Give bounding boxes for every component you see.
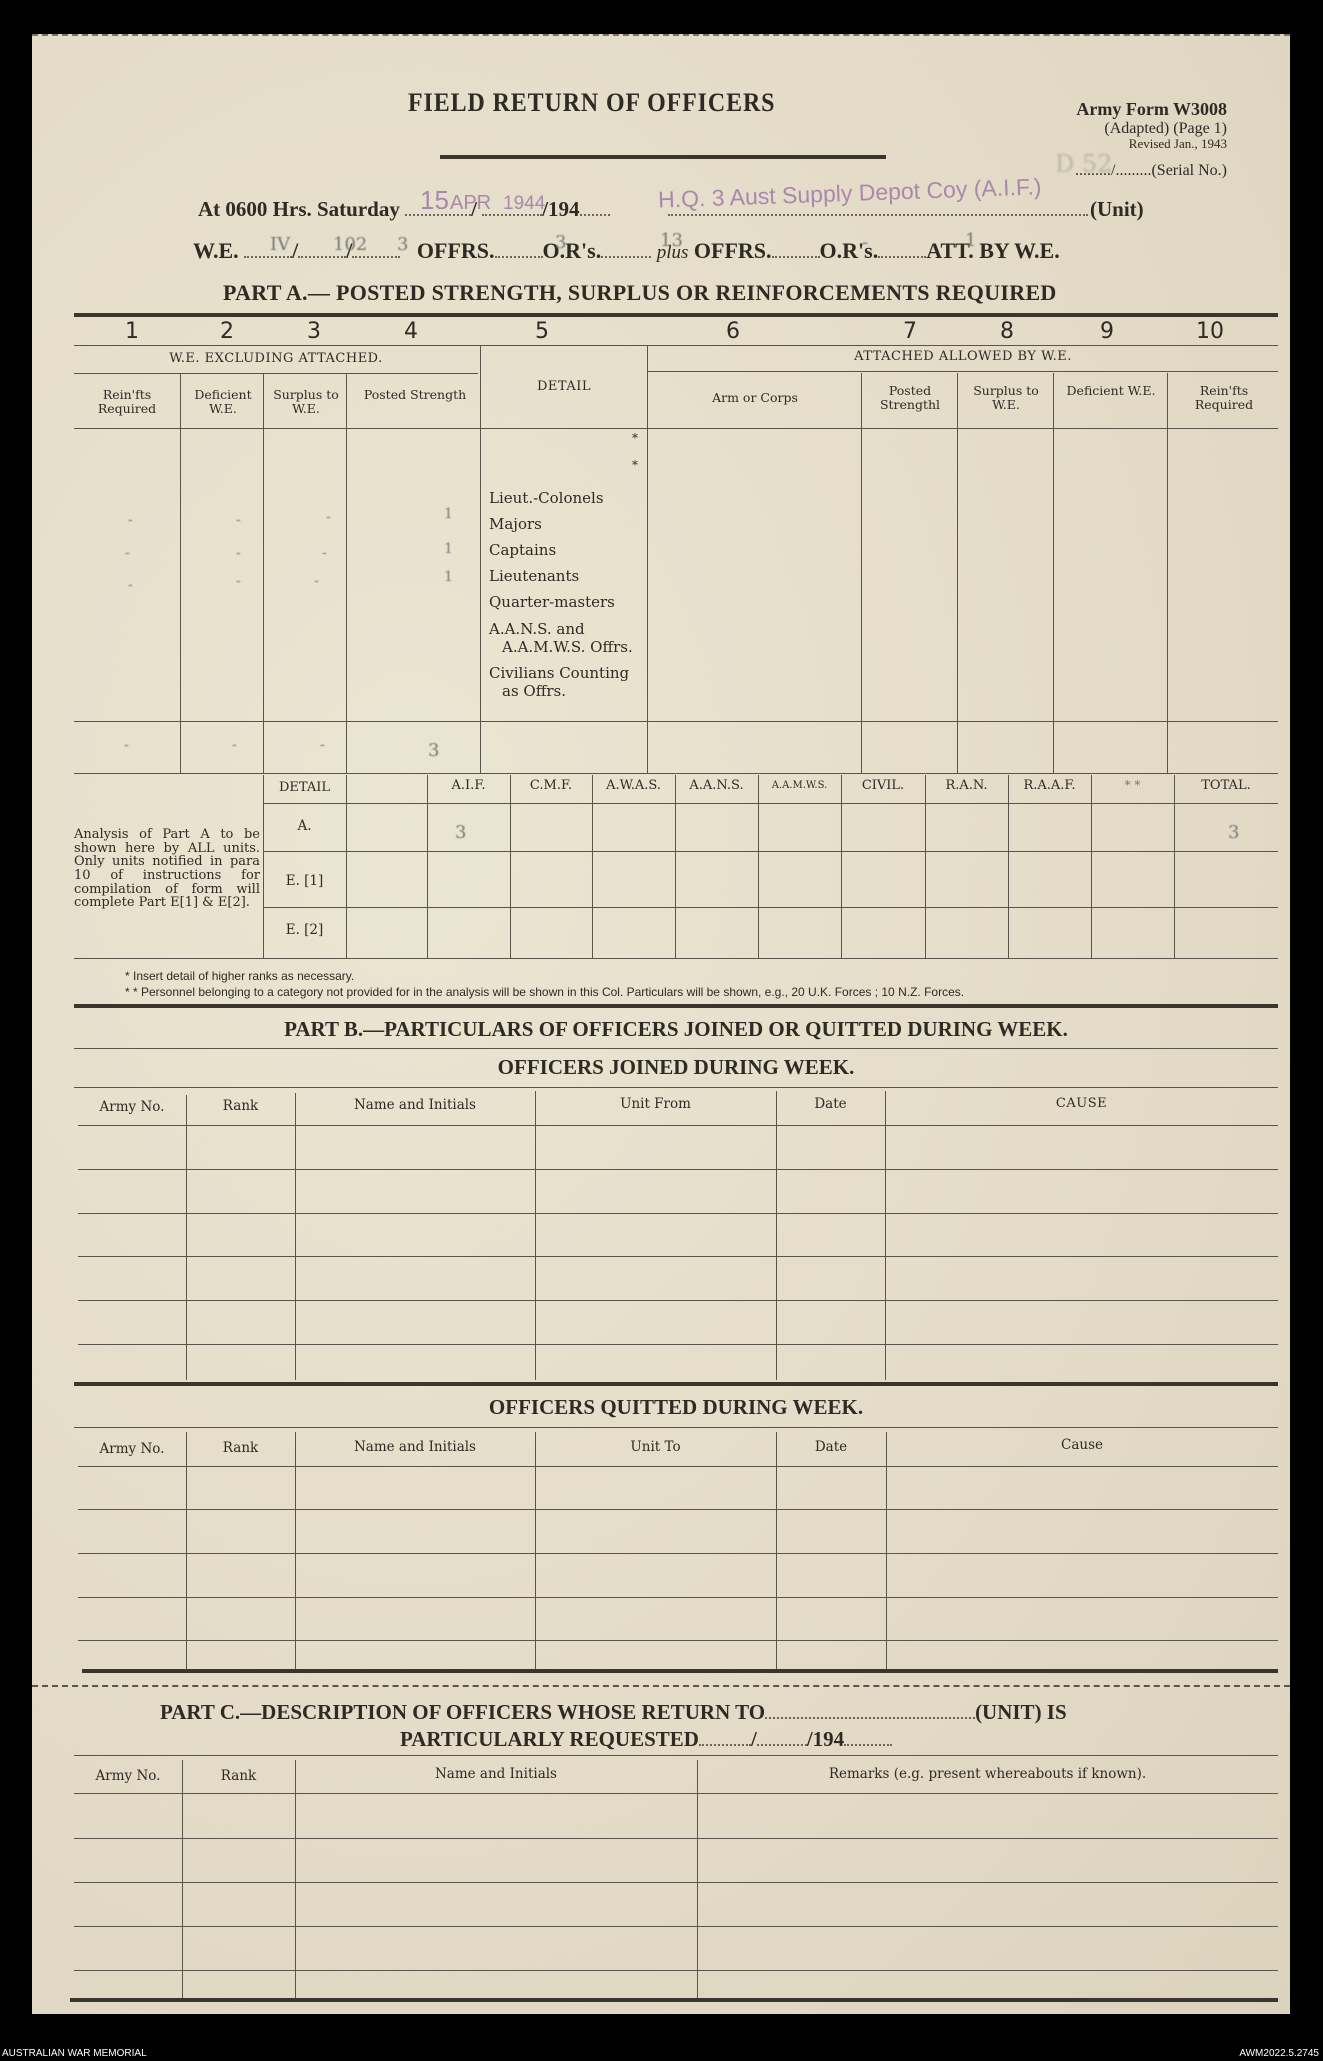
return-date-line: At 0600 Hrs. Saturday / /194 bbox=[198, 197, 610, 222]
detail-lieutenants: Lieutenants bbox=[489, 568, 579, 585]
detail-aans: A.A.N.S. and bbox=[489, 621, 585, 638]
archive-reference: AWM2022.5.2745 bbox=[1239, 2048, 1319, 2059]
part-c-unit-field[interactable] bbox=[765, 1715, 975, 1719]
detail-aamws: A.A.M.W.S. Offrs. bbox=[502, 639, 633, 656]
analysis-note: Analysis of Part A to be shown here by A… bbox=[74, 828, 260, 910]
footnote-2: * * Personnel belonging to a category no… bbox=[125, 985, 964, 999]
part-c-row[interactable] bbox=[74, 1970, 1278, 1971]
date-stamp-day: 15 bbox=[420, 185, 449, 216]
tear-line bbox=[32, 1685, 1290, 1687]
footnote-1: * Insert detail of higher ranks as neces… bbox=[125, 969, 354, 983]
header-deficient: Deficient W.E. bbox=[184, 388, 262, 416]
archive-credit: AUSTRALIAN WAR MEMORIAL bbox=[2, 2048, 147, 2059]
detail-quarter-masters: Quarter-masters bbox=[489, 594, 615, 611]
detail-civilians: Civilians Counting bbox=[489, 665, 629, 682]
part-a-rule bbox=[74, 313, 1278, 317]
detail-lieut-colonels: Lieut.-Colonels bbox=[489, 490, 604, 507]
group-we-excluding: W.E. EXCLUDING ATTACHED. bbox=[74, 352, 478, 366]
joined-title: OFFICERS JOINED DURING WEEK. bbox=[74, 1055, 1278, 1080]
header-reinfts-att: Rein'fts Required bbox=[1170, 384, 1278, 412]
form-adapted: (Adapted) (Page 1) bbox=[1075, 120, 1227, 138]
quitted-row[interactable] bbox=[78, 1509, 1278, 1510]
ors-field[interactable] bbox=[601, 254, 651, 258]
joined-row[interactable] bbox=[78, 1169, 1278, 1170]
joined-row[interactable] bbox=[78, 1344, 1278, 1345]
part-c-month-field[interactable] bbox=[757, 1742, 807, 1746]
header-reinfts-required: Rein'fts Required bbox=[74, 388, 180, 416]
offrs-field[interactable] bbox=[495, 254, 543, 258]
form-title: FIELD RETURN OF OFFICERS bbox=[408, 88, 775, 118]
we-line: W.E. // OFFRS.O.R's. plus OFFRS.O.R's.AT… bbox=[193, 238, 1060, 264]
serial-handwritten: D 52 bbox=[1055, 150, 1112, 178]
title-underline bbox=[440, 155, 886, 159]
analysis-header-other: * * bbox=[1091, 778, 1174, 792]
analysis-row-e1: E. [1] bbox=[263, 873, 346, 889]
analysis-row-a: A. bbox=[263, 818, 346, 834]
detail-as-offrs: as Offrs. bbox=[502, 683, 566, 700]
analysis-header-awas: A.W.A.S. bbox=[592, 778, 675, 793]
part-a-title: PART A.— POSTED STRENGTH, SURPLUS OR REI… bbox=[223, 280, 1057, 306]
analysis-header-aans: A.A.N.S. bbox=[675, 778, 758, 793]
detail-majors: Majors bbox=[489, 516, 542, 533]
part-c-row[interactable] bbox=[74, 1838, 1278, 1839]
analysis-header-raaf: R.A.A.F. bbox=[1008, 778, 1091, 793]
header-detail: DETAIL bbox=[482, 380, 646, 394]
joined-row[interactable] bbox=[78, 1256, 1278, 1257]
form-number: Army Form W3008 bbox=[1075, 100, 1227, 120]
quitted-row[interactable] bbox=[78, 1597, 1278, 1598]
detail-captains: Captains bbox=[489, 542, 556, 559]
part-c-day-field[interactable] bbox=[699, 1742, 751, 1746]
quitted-row[interactable] bbox=[78, 1553, 1278, 1554]
unit-label: (Unit) bbox=[1090, 197, 1144, 222]
date-stamp-year: 1944 bbox=[503, 193, 545, 215]
analysis-header-total: TOTAL. bbox=[1174, 778, 1278, 793]
part-c-row[interactable] bbox=[74, 1926, 1278, 1927]
date-stamp-month: APR bbox=[450, 192, 491, 215]
part-c-title: PART C.—DESCRIPTION OF OFFICERS WHOSE RE… bbox=[160, 1700, 1067, 1725]
analysis-header-ran: R.A.N. bbox=[925, 778, 1008, 793]
header-arm-or-corps: Arm or Corps bbox=[650, 391, 860, 405]
at-label: At 0600 Hrs. Saturday bbox=[198, 197, 400, 221]
part-b-title: PART B.—PARTICULARS OF OFFICERS JOINED O… bbox=[74, 1017, 1278, 1042]
att-offrs-field[interactable] bbox=[772, 254, 820, 258]
header-deficient-att: Deficient W.E. bbox=[1056, 384, 1166, 398]
joined-row[interactable] bbox=[78, 1300, 1278, 1301]
part-c-title-2: PARTICULARLY REQUESTED//194 bbox=[400, 1727, 892, 1752]
quitted-row[interactable] bbox=[78, 1640, 1278, 1641]
header-surplus: Surplus to W.E. bbox=[266, 388, 346, 416]
part-c-row[interactable] bbox=[74, 1882, 1278, 1883]
att-ors-field[interactable] bbox=[878, 254, 926, 258]
analysis-header-cmf: C.M.F. bbox=[510, 778, 592, 793]
analysis-row-e2: E. [2] bbox=[263, 922, 346, 938]
group-attached: ATTACHED ALLOWED BY W.E. bbox=[648, 350, 1278, 364]
analysis-header-aif: A.I.F. bbox=[427, 778, 510, 793]
quitted-title: OFFICERS QUITTED DURING WEEK. bbox=[74, 1395, 1278, 1420]
joined-row[interactable] bbox=[78, 1213, 1278, 1214]
analysis-header-civil: CIVIL. bbox=[841, 778, 925, 793]
analysis-header-aamws: A.A.M.W.S. bbox=[758, 780, 841, 791]
analysis-header-detail: DETAIL bbox=[263, 780, 346, 795]
header-surplus-att: Surplus to W.E. bbox=[960, 384, 1052, 412]
unit-field[interactable] bbox=[668, 214, 1088, 216]
header-posted-strength-att: Posted Strengthl bbox=[864, 384, 956, 412]
header-posted-strength: Posted Strength bbox=[350, 388, 480, 402]
